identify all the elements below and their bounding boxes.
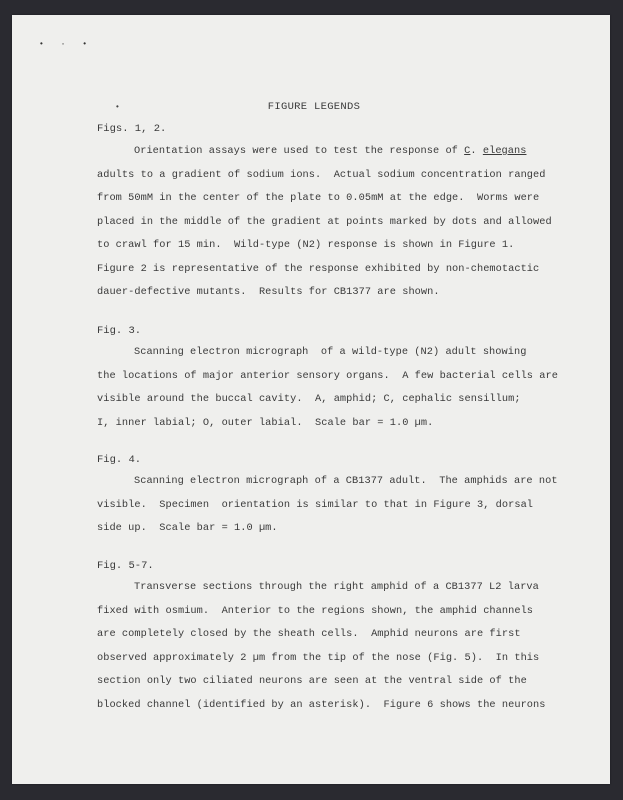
text-line: visible. Specimen orientation is similar… [97, 494, 557, 518]
text-line: adults to a gradient of sodium ions. Act… [97, 164, 557, 188]
text-line: fixed with osmium. Anterior to the regio… [97, 600, 557, 624]
text-line: I, inner labial; O, outer labial. Scale … [97, 412, 557, 436]
section-body-figs-1-2: Orientation assays were used to test the… [97, 140, 557, 305]
text-line: section only two ciliated neurons are se… [97, 670, 557, 694]
section-heading-fig-4: Fig. 4. [97, 454, 141, 466]
text-line: blocked channel (identified by an asteri… [97, 694, 557, 718]
text-line: side up. Scale bar = 1.0 µm. [97, 517, 557, 541]
text-line: dauer-defective mutants. Results for CB1… [97, 281, 557, 305]
corner-marks: • · • [39, 40, 93, 49]
page-title: FIGURE LEGENDS [12, 101, 610, 113]
text-line: visible around the buccal cavity. A, amp… [97, 388, 557, 412]
text-line: Figure 2 is representative of the respon… [97, 258, 557, 282]
text-line: Transverse sections through the right am… [97, 576, 557, 600]
section-body-fig-3: Scanning electron micrograph of a wild-t… [97, 341, 557, 435]
text-line: Orientation assays were used to test the… [97, 140, 557, 164]
section-heading-fig-5-7: Fig. 5-7. [97, 560, 154, 572]
section-heading-figs-1-2: Figs. 1, 2. [97, 123, 166, 135]
text-line: placed in the middle of the gradient at … [97, 211, 557, 235]
text-line: from 50mM in the center of the plate to … [97, 187, 557, 211]
species-italic: elegans [483, 145, 527, 157]
section-body-fig-5-7: Transverse sections through the right am… [97, 576, 557, 717]
section-heading-fig-3: Fig. 3. [97, 325, 141, 337]
document-page: • · • • FIGURE LEGENDS Figs. 1, 2. Orien… [12, 15, 610, 784]
text-line: the locations of major anterior sensory … [97, 365, 557, 389]
text-line: to crawl for 15 min. Wild-type (N2) resp… [97, 234, 557, 258]
text-line: observed approximately 2 µm from the tip… [97, 647, 557, 671]
text-line: are completely closed by the sheath cell… [97, 623, 557, 647]
section-body-fig-4: Scanning electron micrograph of a CB1377… [97, 470, 557, 541]
text-line: Scanning electron micrograph of a wild-t… [97, 341, 557, 365]
text-line: Scanning electron micrograph of a CB1377… [97, 470, 557, 494]
